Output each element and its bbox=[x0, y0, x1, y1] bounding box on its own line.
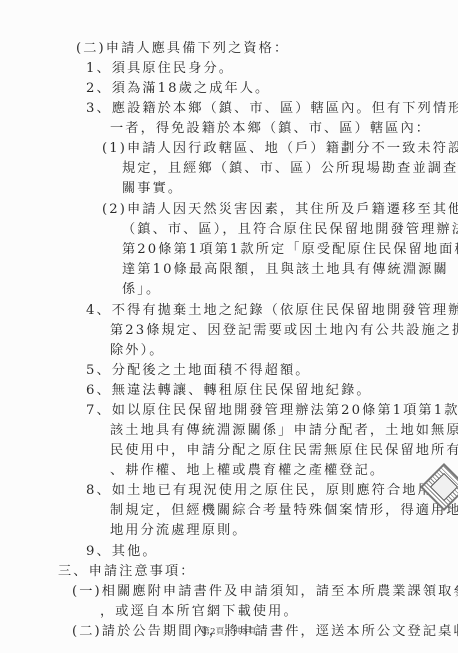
text-line: 4、不得有拋棄土地之紀錄（依原住民保留地開發管理辦法 bbox=[86, 302, 458, 319]
text-line: 2、須為滿18歲之成年人。 bbox=[86, 80, 270, 97]
text-line: 三、申請注意事項： bbox=[58, 563, 196, 580]
text-line: 除外）。 bbox=[110, 342, 165, 359]
text-line: 一者，得免設籍於本鄉（鎮、市、區）轄區內： bbox=[110, 120, 431, 137]
text-line: 5、分配後之土地面積不得超額。 bbox=[86, 362, 311, 379]
text-line: 該土地具有傳統淵源關係」申請分配者，土地如無原住 bbox=[110, 422, 458, 439]
text-line: (二)申請人應具備下列之資格： bbox=[76, 40, 289, 57]
text-line: (1)申請人因行政轄區、地（戶）籍劃分不一致未符設籍 bbox=[102, 140, 458, 157]
text-line: 達第10條最高限額，且與該土地具有傳統淵源關 bbox=[122, 261, 449, 278]
text-line: 1、須具原住民身分。 bbox=[86, 60, 234, 77]
text-line: 第23條規定、因登記需要或因土地內有公共設施之拋棄 bbox=[110, 322, 458, 339]
page-footer: 第2頁，共3頁 bbox=[0, 625, 458, 637]
text-line: 第20條第1項第1款所定「原受配原住民保留地面積未 bbox=[122, 241, 458, 258]
text-line: 、耕作權、地上權或農育權之產權登記。 bbox=[110, 462, 385, 479]
text-line: 係」。 bbox=[122, 281, 161, 298]
text-line: ，或逕自本所官網下載使用。 bbox=[100, 603, 299, 620]
text-line: (一)相關應附申請書件及申請須知，請至本所農業課領取參閱 bbox=[72, 583, 458, 600]
text-line: 6、無違法轉讓、轉租原住民保留地紀錄。 bbox=[86, 382, 372, 399]
document-page: (二)申請人應具備下列之資格：1、須具原住民身分。2、須為滿18歲之成年人。3、… bbox=[0, 0, 458, 653]
text-line: （鎮、市、區），且符合原住民保留地開發管理辦法 bbox=[122, 221, 458, 238]
text-line: 制規定，但經機關綜合考量特殊個案情形，得適用地權 bbox=[110, 502, 458, 519]
text-line: 關事實。 bbox=[122, 180, 183, 197]
text-line: 7、如以原住民保留地開發管理辦法第20條第1項第1款「與 bbox=[86, 402, 458, 419]
text-line: 3、應設籍於本鄉（鎮、市、區）轄區內。但有下列情形之 bbox=[86, 100, 458, 117]
text-line: 地用分流處理原則。 bbox=[110, 522, 248, 539]
text-line: 8、如土地已有現況使用之原住民，原則應符合地用相關管 bbox=[86, 482, 458, 499]
text-line: 民使用中，申請分配之原住民需無原住民保留地所有權 bbox=[110, 442, 458, 459]
text-line: 規定，且經鄉（鎮、市、區）公所現場勘查並調查相 bbox=[122, 160, 458, 177]
text-line: (2)申請人因天然災害因素，其住所及戶籍遷移至其他鄉 bbox=[102, 201, 458, 218]
text-line: 9、其他。 bbox=[86, 543, 158, 560]
